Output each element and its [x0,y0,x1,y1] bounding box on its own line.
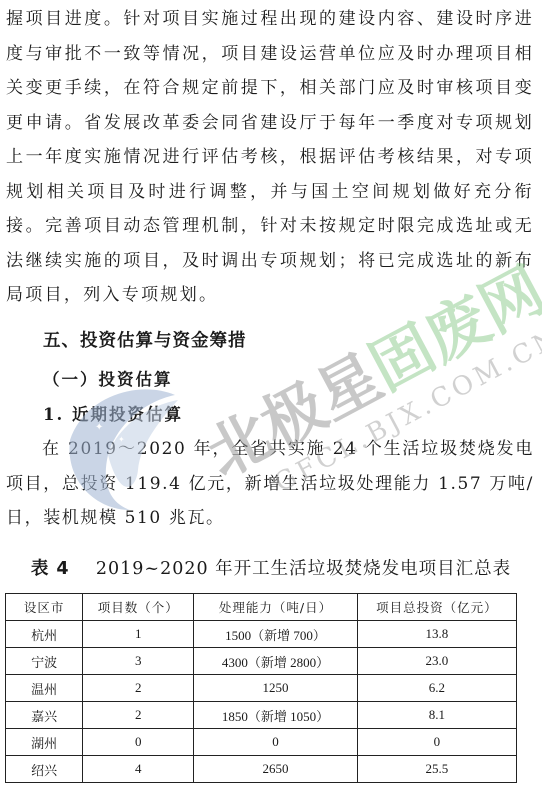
cell-capacity: 1250 [194,675,357,702]
table-caption: 表 4 2019~2020 年开工生活垃圾焚烧发电项目汇总表 [0,555,542,580]
header-capacity: 处理能力（吨/日） [194,594,357,621]
cell-project-count: 3 [83,648,194,675]
cell-total-investment: 6.2 [357,675,516,702]
cell-project-count: 0 [83,729,194,756]
cell-project-count: 1 [83,621,194,648]
cell-project-count: 2 [83,702,194,729]
cell-city: 绍兴 [6,756,83,783]
cell-total-investment: 23.0 [357,648,516,675]
cell-city: 宁波 [6,648,83,675]
section-heading-investment: 五、投资估算与资金筹措 [43,327,247,352]
cell-city: 温州 [6,675,83,702]
cell-project-count: 2 [83,675,194,702]
subsection-heading-estimate: （一）投资估算 [43,366,173,390]
table-header-row: 设区市 项目数（个） 处理能力（吨/日） 项目总投资（亿元） [6,594,517,621]
header-total-investment: 项目总投资（亿元） [357,594,516,621]
table-row: 杭州 1 1500（新增 700） 13.8 [6,621,517,648]
table-caption-title: 2019~2020 年开工生活垃圾焚烧发电项目汇总表 [96,559,511,579]
cell-capacity: 1500（新增 700） [194,621,357,648]
cell-city: 嘉兴 [6,702,83,729]
table-row: 湖州 0 0 0 [6,729,517,756]
table-row: 嘉兴 2 1850（新增 1050） 8.1 [6,702,517,729]
table-row: 绍兴 4 2650 25.5 [6,756,517,783]
cell-city: 杭州 [6,621,83,648]
project-summary-table: 设区市 项目数（个） 处理能力（吨/日） 项目总投资（亿元） 杭州 1 1500… [5,593,517,783]
cell-capacity: 4300（新增 2800） [194,648,357,675]
table-row: 温州 2 1250 6.2 [6,675,517,702]
cell-city: 湖州 [6,729,83,756]
cell-total-investment: 13.8 [357,621,516,648]
cell-capacity: 0 [194,729,357,756]
body-paragraph-investment-summary: 在 2019～2020 年，全省共实施 24 个生活垃圾焚烧发电项目，总投资 1… [6,432,534,536]
cell-total-investment: 0 [357,729,516,756]
cell-project-count: 4 [83,756,194,783]
table-row: 宁波 3 4300（新增 2800） 23.0 [6,648,517,675]
cell-capacity: 1850（新增 1050） [194,702,357,729]
subsubsection-heading-near-term: 1. 近期投资估算 [43,401,183,425]
cell-total-investment: 8.1 [357,702,516,729]
body-paragraph-project-management: 握项目进度。针对项目实施过程出现的建设内容、建设时序进度与审批不一致等情况，项目… [6,2,534,313]
header-city: 设区市 [6,594,83,621]
cell-total-investment: 25.5 [357,756,516,783]
header-project-count: 项目数（个） [83,594,194,621]
cell-capacity: 2650 [194,756,357,783]
table-caption-label: 表 4 [31,559,70,579]
